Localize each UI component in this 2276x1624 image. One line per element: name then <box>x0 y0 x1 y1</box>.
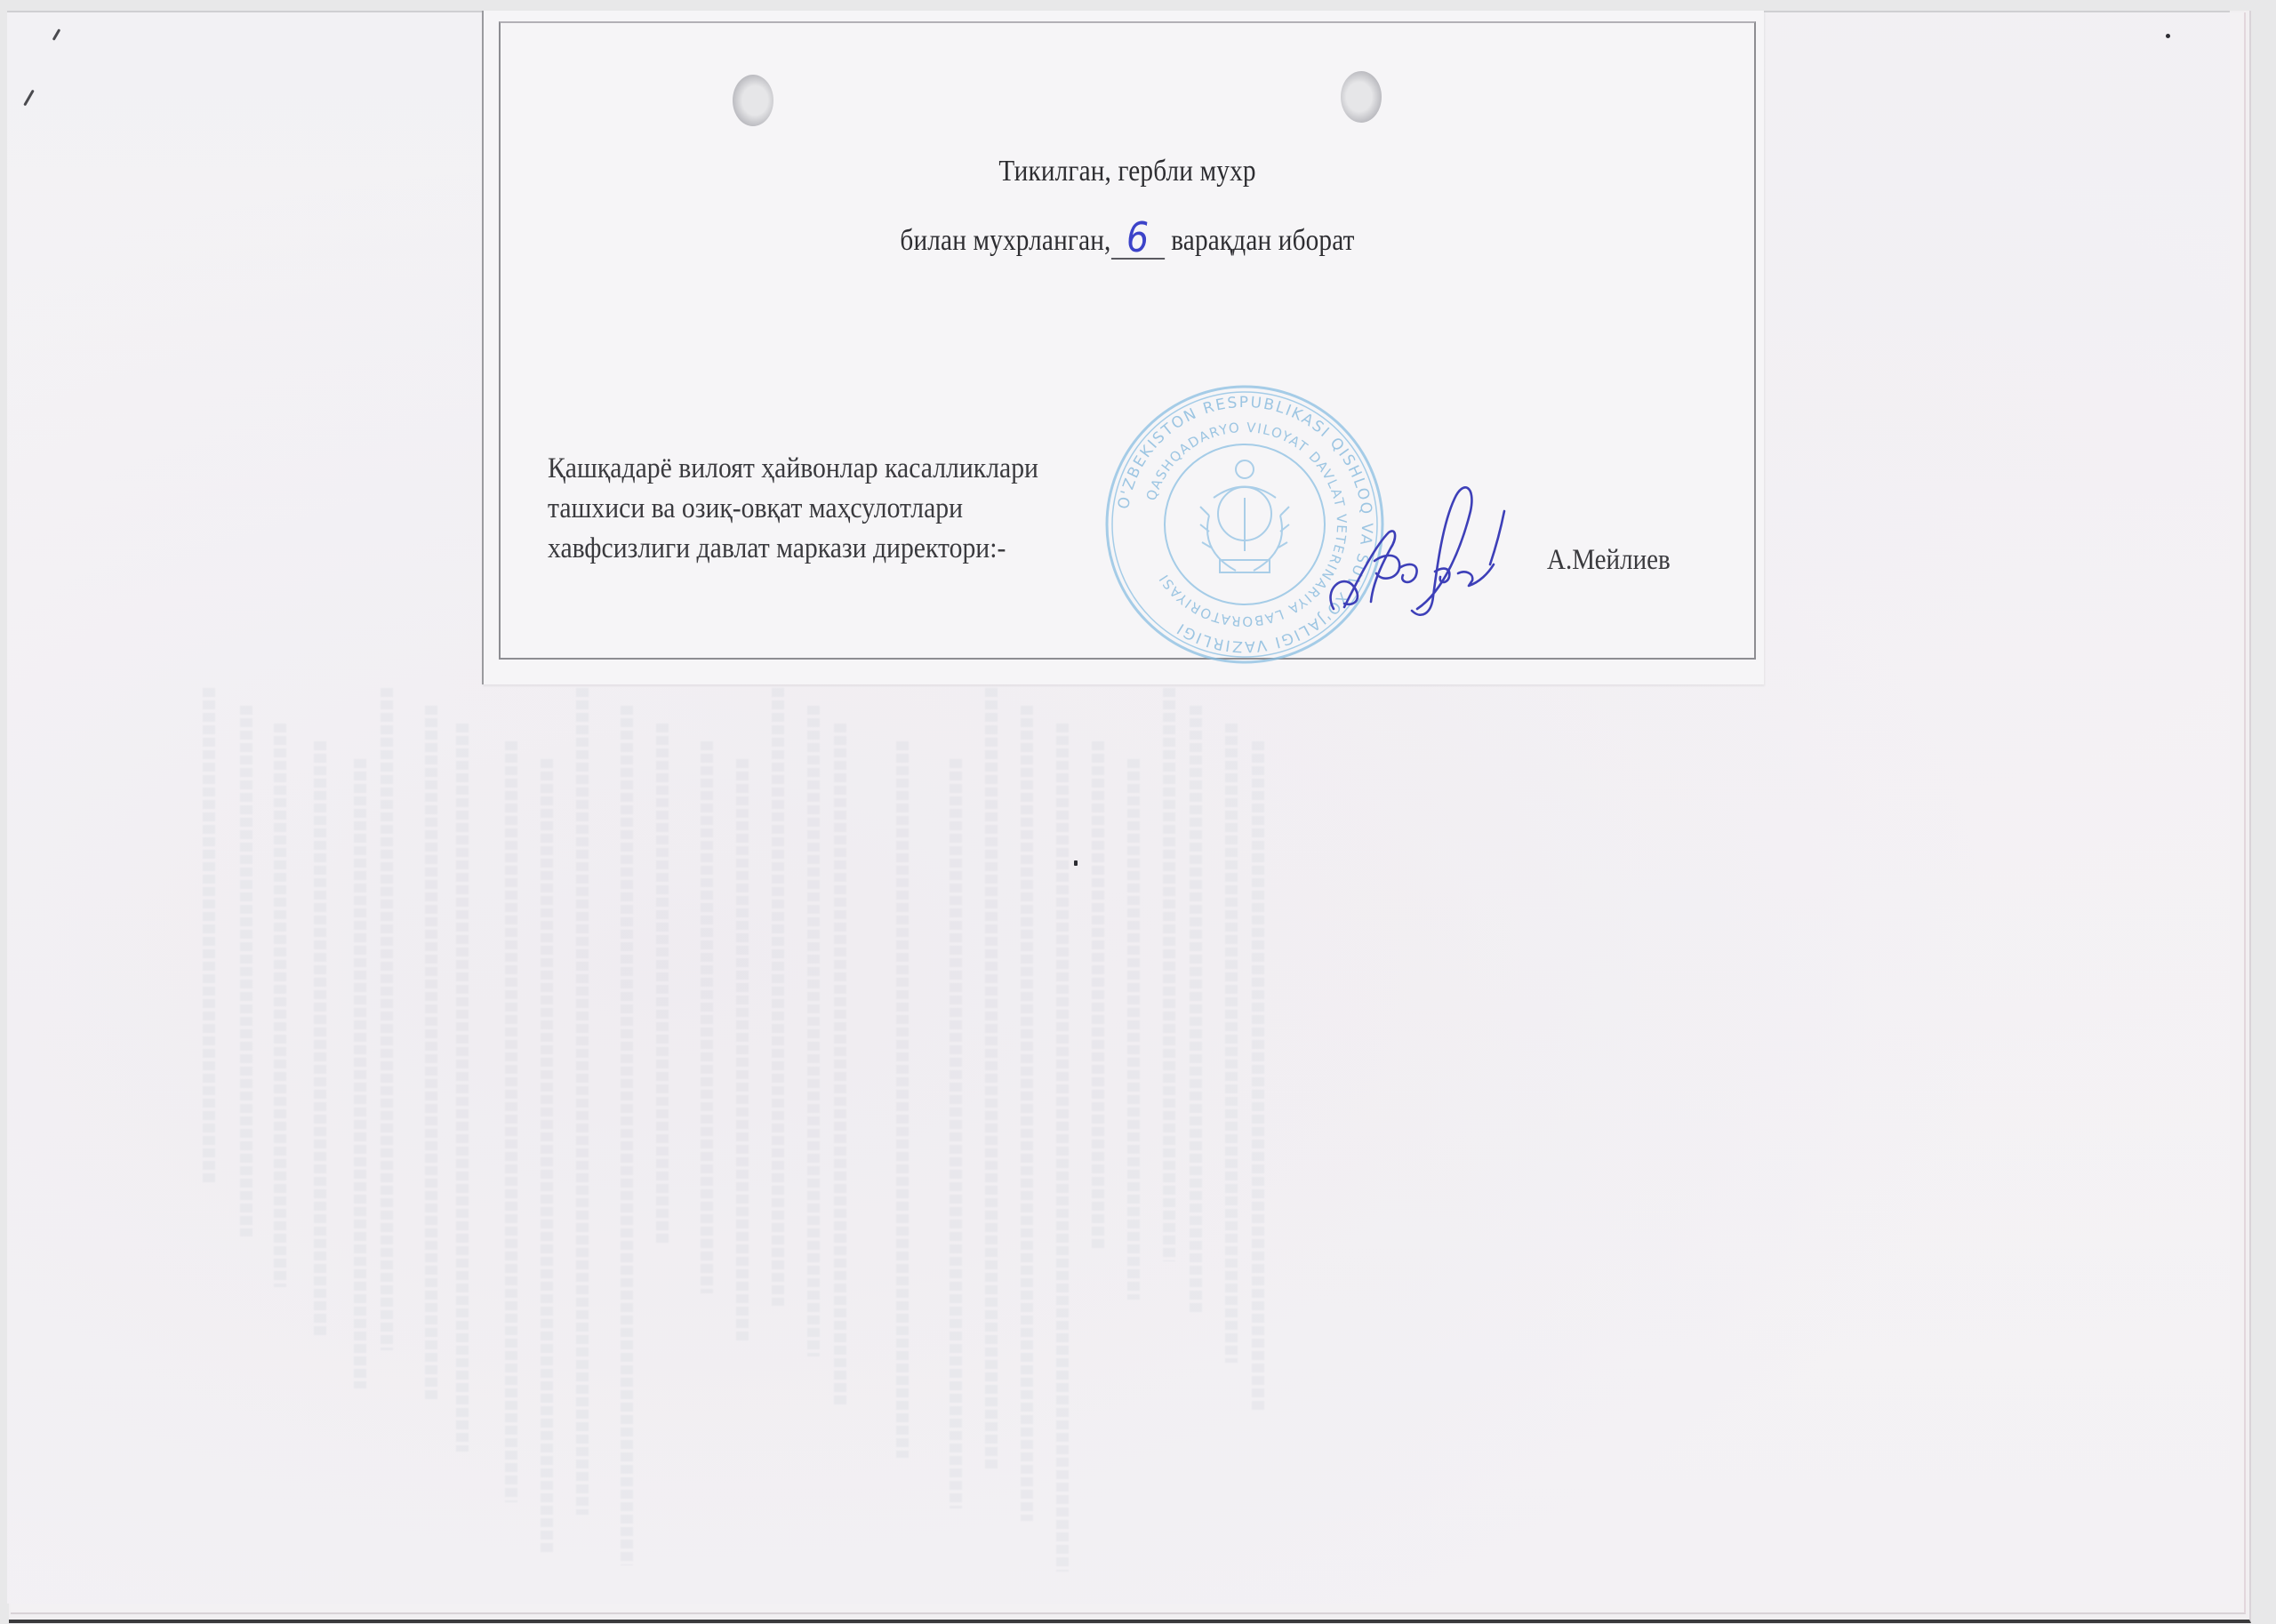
stamp-inner-text: QASHQADARYO VILOYAT DAVLAT VETERINARIYA … <box>1143 420 1350 629</box>
show-through-line <box>950 759 962 1508</box>
certification-line-2: билан мухрланган,6 варақдан иборат <box>587 212 1668 260</box>
show-through-line <box>621 706 633 1565</box>
show-through-line <box>656 724 669 1243</box>
show-through-line <box>1163 688 1175 1261</box>
show-through-line <box>240 706 252 1236</box>
sheet-count-value: 6 <box>1126 213 1149 261</box>
show-through-line <box>456 724 469 1452</box>
show-through-line <box>1127 759 1140 1300</box>
punch-hole-left <box>733 75 773 126</box>
show-through-line <box>274 724 286 1287</box>
show-through-line <box>1252 741 1264 1413</box>
show-through-line <box>505 741 517 1502</box>
show-through-line <box>834 724 846 1407</box>
show-through-line <box>314 741 326 1338</box>
certification-suffix: варақдан иборат <box>1171 224 1354 257</box>
show-through-line <box>381 688 393 1350</box>
punch-hole-right <box>1341 71 1382 123</box>
sheet-count-field: 6 <box>1111 212 1165 260</box>
show-through-line <box>736 759 749 1344</box>
show-through-line <box>541 759 553 1553</box>
signatory-title: Қашқадарё вилоят ҳайвонлар касалликлари … <box>548 449 1038 569</box>
scanned-document: Тикилган, гербли мухр билан мухрланган,6… <box>0 0 2276 1624</box>
show-through-line <box>807 706 820 1356</box>
show-through-line <box>1225 724 1238 1363</box>
coat-of-arms-icon <box>1200 460 1289 572</box>
show-through-line <box>354 759 366 1388</box>
signatory-title-line: Қашқадарё вилоят ҳайвонлар касалликлари <box>548 449 1038 489</box>
show-through-line <box>425 706 437 1401</box>
show-through-line <box>772 688 784 1306</box>
show-through-line <box>1056 724 1069 1572</box>
certification-text: Тикилган, гербли мухр <box>998 155 1255 188</box>
ink-speck <box>1074 860 1078 866</box>
ink-speck <box>2166 34 2170 38</box>
handwritten-signature <box>1325 476 1529 627</box>
show-through-line <box>1190 706 1202 1312</box>
signatory-title-line: ташхиси ва озиқ-овқат маҳсулотлари <box>548 489 1038 529</box>
signatory-name: А.Мейлиев <box>1547 544 1671 577</box>
show-through-line <box>1021 706 1033 1521</box>
show-through-line <box>701 741 713 1293</box>
show-through-line <box>576 688 589 1515</box>
show-through-line <box>203 688 215 1186</box>
certification-line-1: Тикилган, гербли мухр <box>587 155 1668 188</box>
show-through-line <box>1092 741 1104 1249</box>
signatory-title-line: хавфсизлиги давлат маркази директори:- <box>548 529 1038 569</box>
show-through-line <box>985 688 998 1470</box>
certification-prefix: билан мухрланган, <box>900 224 1110 257</box>
svg-text:QASHQADARYO VILOYAT DAVLAT VET: QASHQADARYO VILOYAT DAVLAT VETERINARIYA … <box>1143 420 1350 629</box>
show-through-line <box>896 741 909 1458</box>
